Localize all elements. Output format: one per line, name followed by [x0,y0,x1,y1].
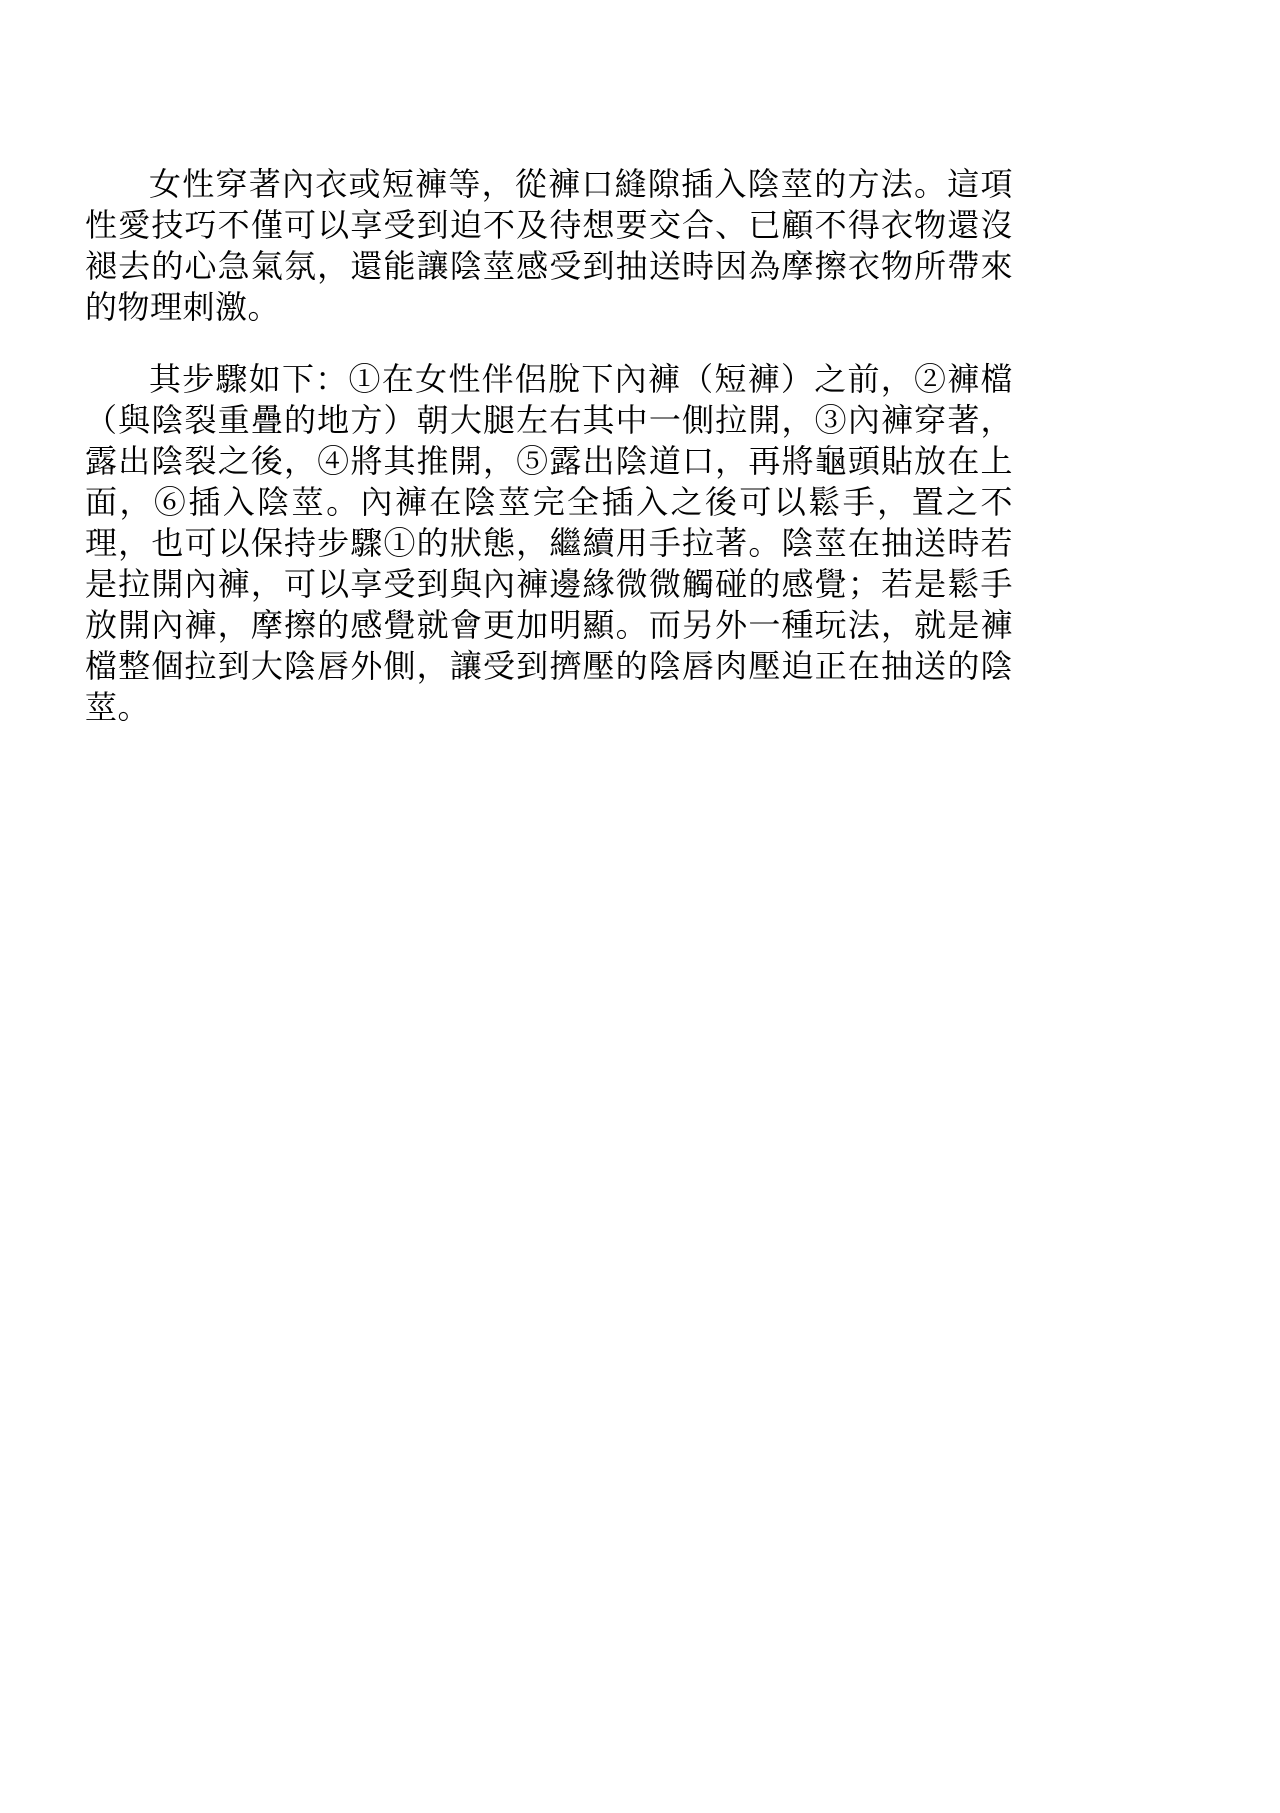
document-page: 女性穿著內衣或短褲等，從褲口縫隙插入陰莖的方法。這項性愛技巧不僅可以享受到迫不及… [0,0,1280,1813]
paragraph-steps: 其步驟如下：①在女性伴侶脫下內褲（短褲）之前，②褲檔（與陰裂重疊的地方）朝大腿左… [85,359,1013,728]
paragraph-intro: 女性穿著內衣或短褲等，從褲口縫隙插入陰莖的方法。這項性愛技巧不僅可以享受到迫不及… [85,164,1013,328]
text-block: 女性穿著內衣或短褲等，從褲口縫隙插入陰莖的方法。這項性愛技巧不僅可以享受到迫不及… [85,164,1013,728]
